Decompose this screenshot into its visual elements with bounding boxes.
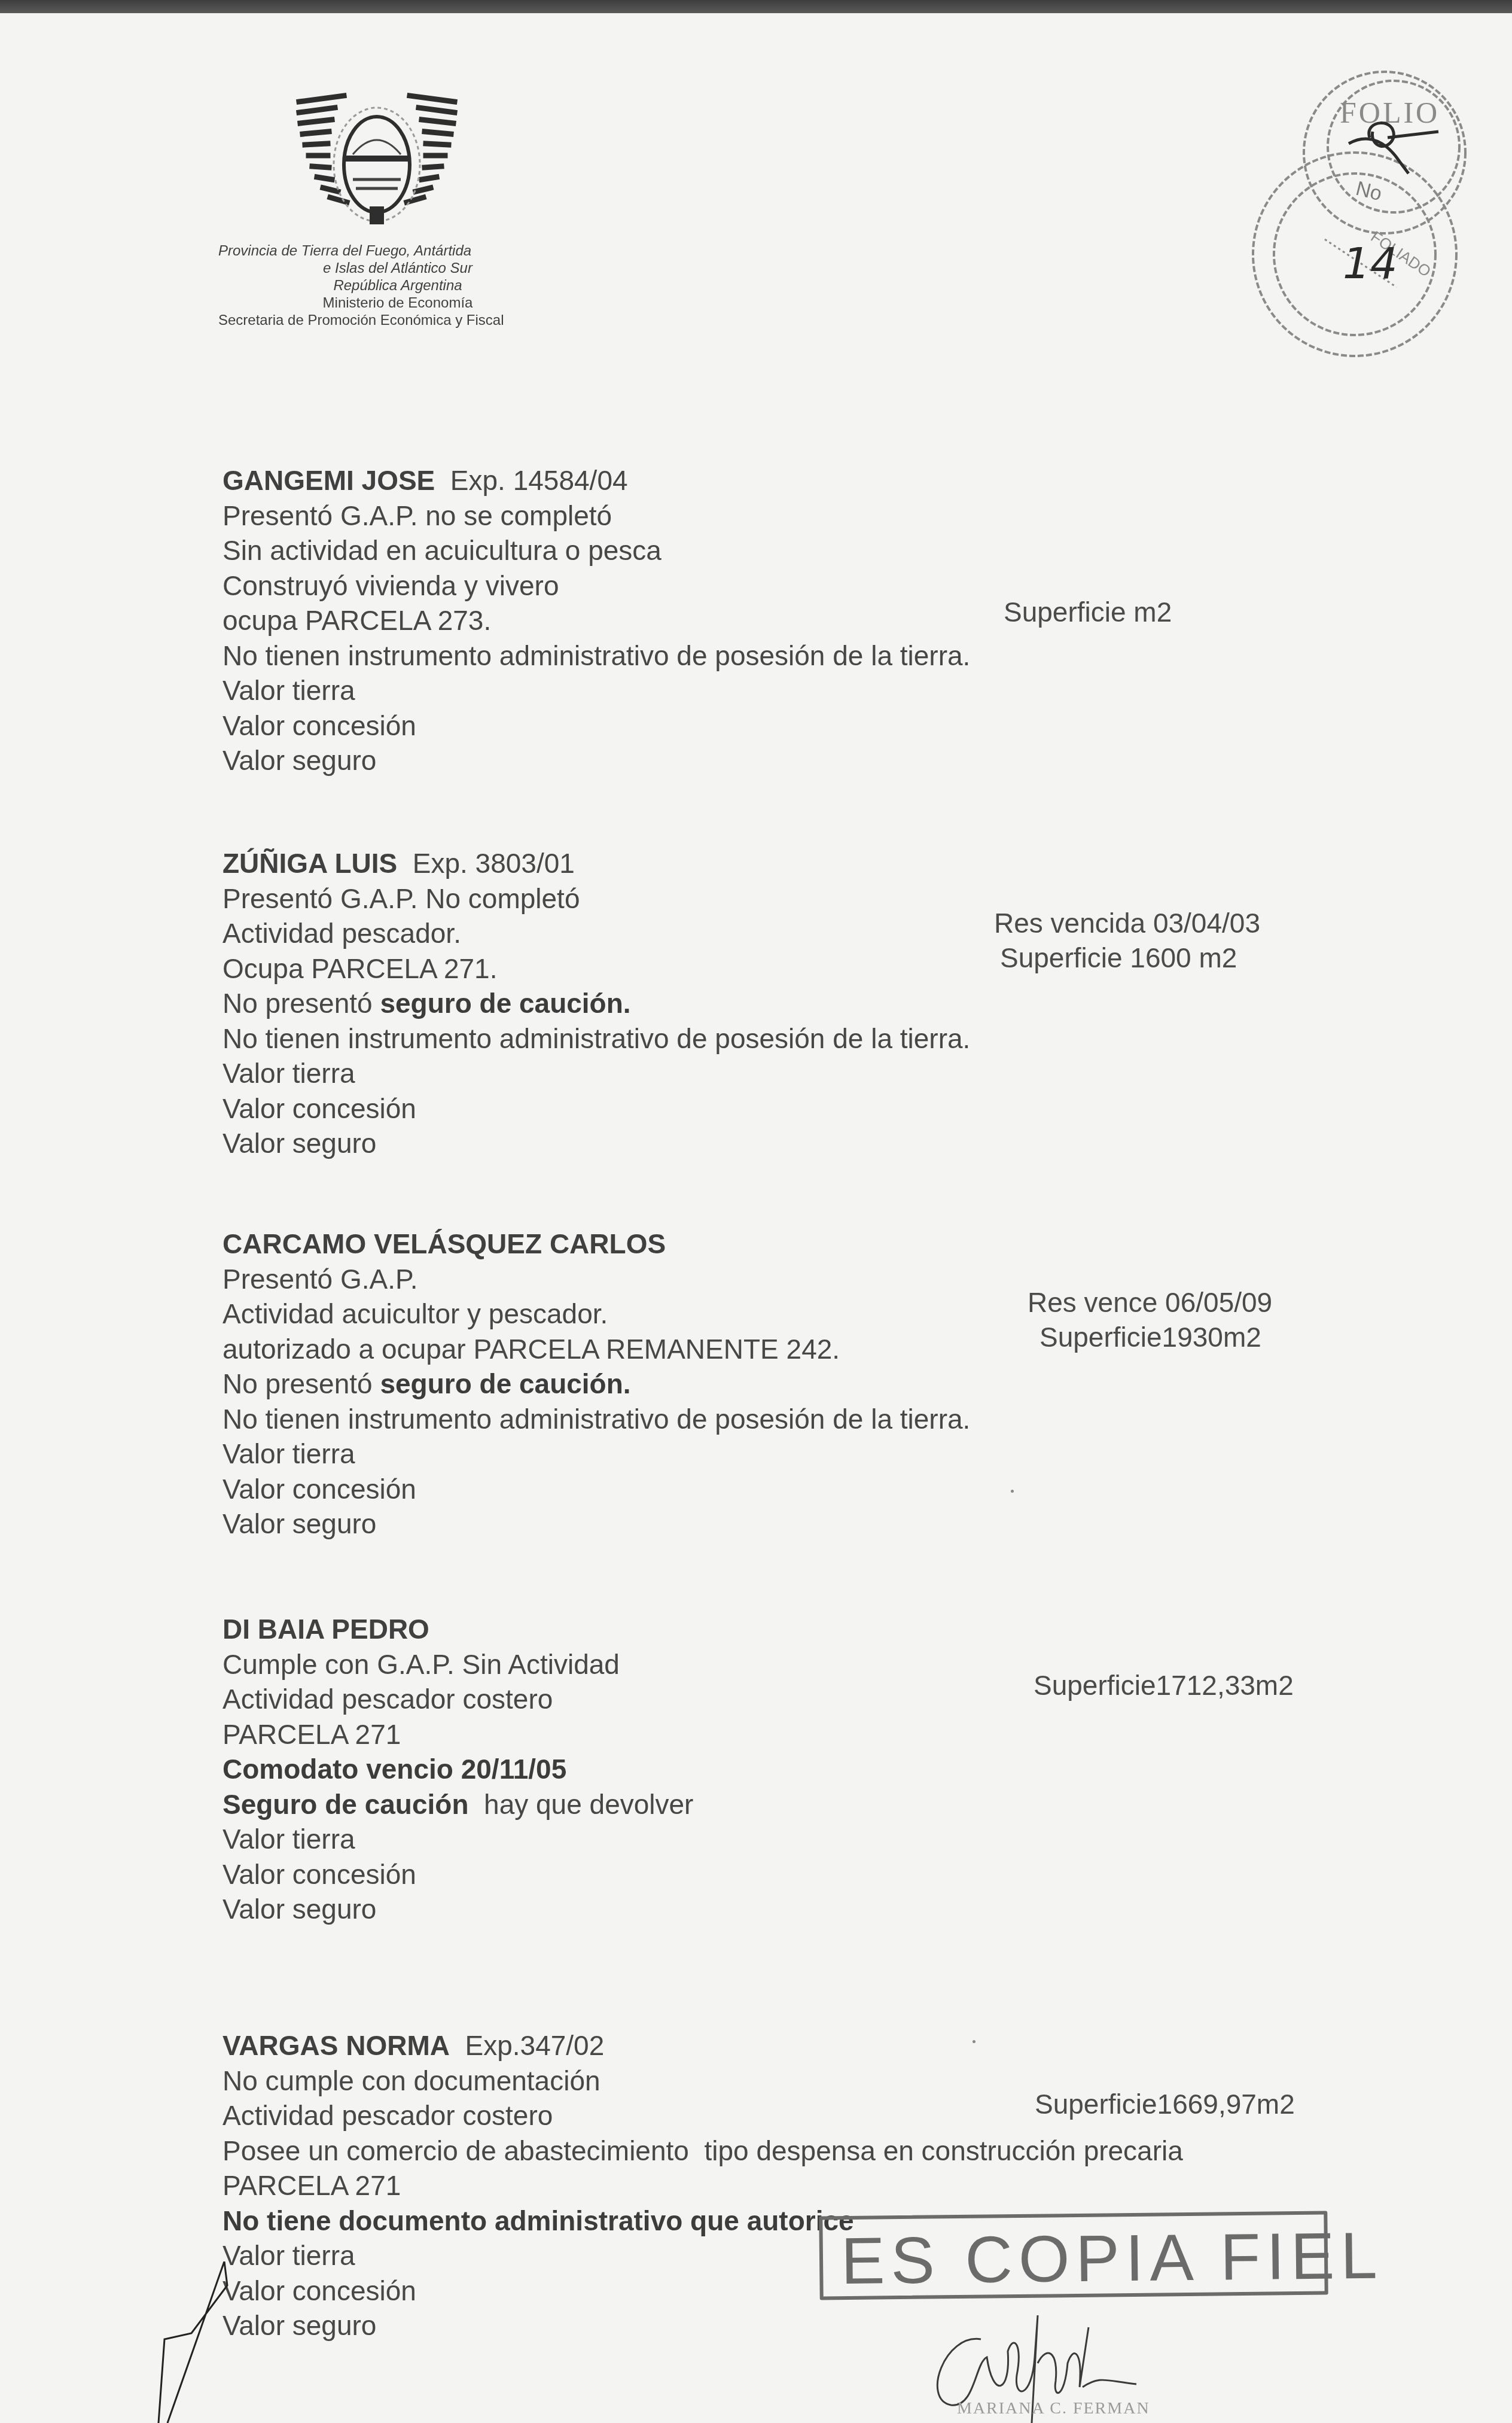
- entry-name: DI BAIA PEDRO: [222, 1614, 429, 1645]
- entry-name: CARCAMO VELÁSQUEZ CARLOS: [222, 1228, 666, 1259]
- entry-line: Valor tierra: [222, 1822, 693, 1857]
- letterhead-line: Provincia de Tierra del Fuego, Antártida: [218, 242, 577, 260]
- scan-top-edge: [0, 0, 1512, 13]
- entry-line: Valor tierra: [222, 1056, 970, 1091]
- entry-carcamo: CARCAMO VELÁSQUEZ CARLOS Presentó G.A.P.…: [222, 1226, 970, 1542]
- entry-line-suffix: hay que devolver: [469, 1789, 694, 1820]
- entry-superficie: Superficie m2: [1004, 595, 1172, 629]
- letterhead-line: Secretaria de Promoción Económica y Fisc…: [218, 312, 577, 329]
- entry-line: Valor tierra: [222, 673, 970, 708]
- entry-line: PARCELA 271: [222, 1717, 693, 1752]
- letterhead-line: e Islas del Atlántico Sur: [218, 260, 577, 277]
- entry-line: Construyó vivienda y vivero: [222, 568, 970, 604]
- entry-line: PARCELA 271: [222, 2168, 1183, 2203]
- entry-line: Valor concesión: [222, 1857, 693, 1892]
- entry-line: Valor concesión: [222, 1091, 970, 1127]
- entry-resolution: Res vencida 03/04/03: [994, 906, 1260, 940]
- scan-speck: [1011, 1490, 1014, 1493]
- entry-line: Valor seguro: [222, 743, 970, 778]
- entry-line: Valor concesión: [222, 708, 970, 744]
- entry-name: GANGEMI JOSE: [222, 465, 435, 496]
- entry-line: Valor seguro: [222, 1506, 970, 1542]
- entry-exp: Exp. 14584/04: [450, 465, 628, 496]
- entry-name: ZÚÑIGA LUIS: [222, 848, 397, 879]
- entry-superficie: Superficie1669,97m2: [1035, 2087, 1295, 2121]
- entry-superficie: Superficie 1600 m2: [1000, 940, 1237, 975]
- letterhead-line: Ministerio de Economía: [218, 294, 577, 312]
- entry-line-prefix: No presentó: [222, 988, 380, 1019]
- entry-line-prefix: No presentó: [222, 1368, 380, 1399]
- entry-line: ocupa PARCELA 273.: [222, 603, 970, 638]
- entry-line: Valor concesión: [222, 1472, 970, 1507]
- entry-line: Posee un comercio de abastecimiento tipo…: [222, 2133, 1183, 2169]
- entry-line-bold: seguro de caución.: [380, 1368, 630, 1399]
- entry-line: No tienen instrumento administrativo de …: [222, 638, 970, 674]
- entry-name: VARGAS NORMA: [222, 2030, 450, 2061]
- entry-exp: Exp.347/02: [465, 2030, 605, 2061]
- entry-line: Presentó G.A.P.: [222, 1262, 970, 1297]
- letterhead: Provincia de Tierra del Fuego, Antártida…: [218, 242, 577, 329]
- entry-line: autorizado a ocupar PARCELA REMANENTE 24…: [222, 1332, 970, 1367]
- letterhead-line: República Argentina: [218, 277, 577, 294]
- certified-copy-stamp: ES COPIA FIEL: [819, 2211, 1328, 2300]
- svg-text:14: 14: [1343, 238, 1398, 288]
- entry-superficie: Superficie1712,33m2: [1034, 1668, 1294, 1703]
- scan-speck: [973, 2040, 976, 2043]
- entry-exp: Exp. 3803/01: [413, 848, 575, 879]
- entry-zuniga: ZÚÑIGA LUIS Exp. 3803/01 Presentó G.A.P.…: [222, 846, 970, 1161]
- entry-line: Actividad pescador costero: [222, 1682, 693, 1717]
- entry-line: No tienen instrumento administrativo de …: [222, 1021, 970, 1057]
- entry-line: No tienen instrumento administrativo de …: [222, 1402, 970, 1437]
- entry-line-bold: Comodato vencio 20/11/05: [222, 1752, 693, 1787]
- entry-resolution: Res vence 06/05/09: [1028, 1285, 1272, 1320]
- entry-line: Presentó G.A.P. no se completó: [222, 498, 970, 534]
- signatory-name: MARIANA C. FERMAN: [957, 2399, 1150, 2418]
- entry-line: Actividad pescador.: [222, 916, 970, 951]
- entry-gangemi: GANGEMI JOSE Exp. 14584/04 Presentó G.A.…: [222, 463, 970, 778]
- entry-di-baia: DI BAIA PEDRO Cumple con G.A.P. Sin Acti…: [222, 1612, 693, 1927]
- entry-line: Ocupa PARCELA 271.: [222, 951, 970, 987]
- entry-line: Cumple con G.A.P. Sin Actividad: [222, 1647, 693, 1682]
- entry-line: Valor seguro: [222, 1126, 970, 1161]
- svg-text:No: No: [1354, 177, 1384, 205]
- folio-stamp-icon: FOLIO No FOLIADO 14: [1244, 48, 1507, 383]
- entry-superficie: Superficie1930m2: [1039, 1320, 1261, 1354]
- entry-line: Sin actividad en acuicultura o pesca: [222, 533, 970, 568]
- pen-mark-icon: [156, 2261, 257, 2423]
- entry-line-bold: seguro de caución.: [380, 988, 630, 1019]
- entry-line: Actividad acuicultor y pescador.: [222, 1296, 970, 1332]
- coat-of-arms-icon: [287, 84, 467, 230]
- entry-line: Valor seguro: [222, 1892, 693, 1927]
- entry-line: Valor tierra: [222, 1436, 970, 1472]
- entry-line: Presentó G.A.P. No completó: [222, 881, 970, 917]
- entry-line-bold: Seguro de caución: [222, 1789, 469, 1820]
